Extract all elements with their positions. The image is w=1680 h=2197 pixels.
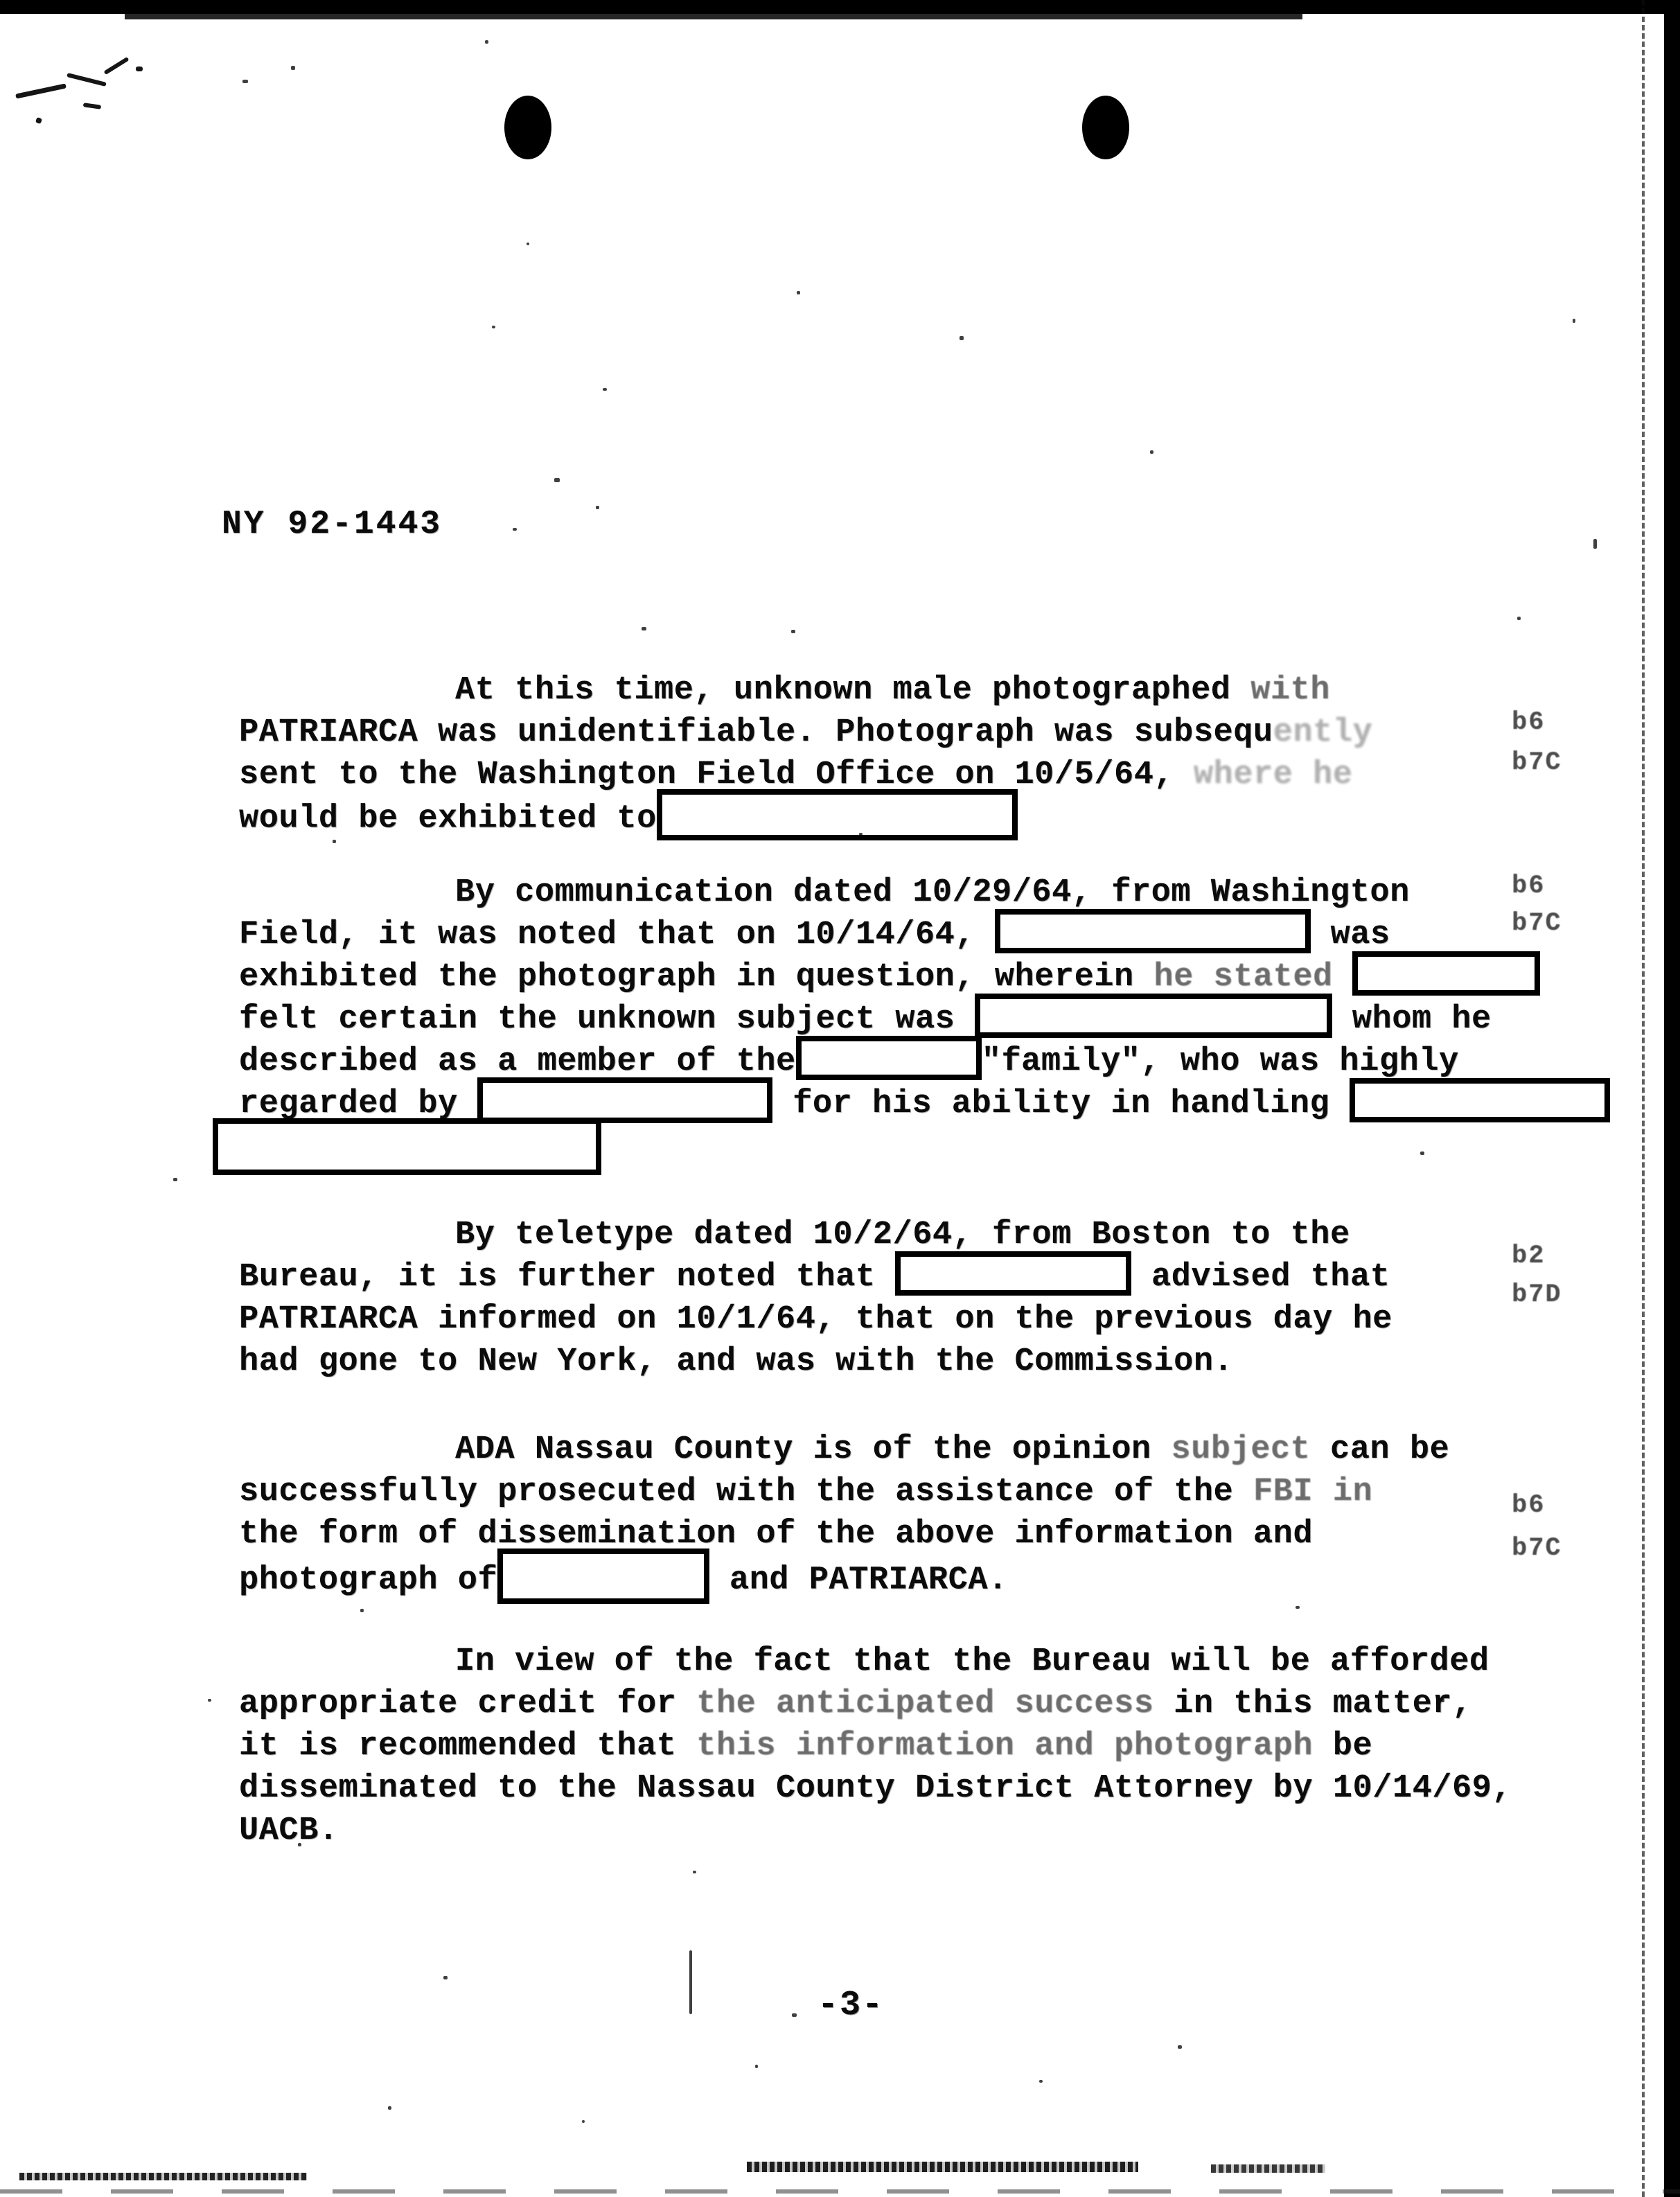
exemption-code-b7C: b7C <box>1512 748 1562 777</box>
text-segment: ently <box>1273 714 1373 751</box>
scan-smudge-strip <box>1211 2164 1325 2173</box>
text-segment: was <box>1311 917 1390 953</box>
exemption-code-b7D: b7D <box>1512 1280 1562 1309</box>
text-segment: exhibited the photograph in question, wh… <box>239 959 1153 996</box>
paragraph-4: ADA Nassau County is of the opinion subj… <box>239 1429 1652 1598</box>
text-line: appropriate credit for the anticipated s… <box>239 1683 1652 1725</box>
noise-speck <box>298 1843 301 1846</box>
text-segment: had gone to New York, and was with the C… <box>239 1343 1233 1380</box>
noise-speck <box>960 336 964 340</box>
text-segment: appropriate credit for <box>239 1686 696 1722</box>
text-segment: described as a member of the <box>239 1043 796 1080</box>
text-segment: Bureau, it is further noted that <box>239 1259 895 1296</box>
text-line: felt certain the unknown subject was who… <box>239 998 1652 1041</box>
text-segment: the anticipated success <box>696 1686 1153 1722</box>
scan-edge-top-bar-secondary <box>125 14 1302 19</box>
text-segment: advised that <box>1131 1259 1390 1296</box>
redaction-box <box>975 994 1332 1038</box>
noise-speck <box>792 2013 797 2017</box>
noise-speck <box>333 840 336 843</box>
text-line: had gone to New York, and was with the C… <box>239 1341 1652 1383</box>
text-line: exhibited the photograph in question, wh… <box>239 956 1652 998</box>
text-segment: the form of dissemination of the above i… <box>239 1516 1313 1553</box>
text-segment: this information and photograph <box>696 1728 1313 1765</box>
page-number: -3- <box>817 1986 884 2025</box>
text-segment: subject <box>1171 1431 1310 1468</box>
pencil-scribble-stroke <box>83 103 102 109</box>
noise-speck <box>492 326 495 328</box>
text-line: PATRIARCA informed on 10/1/64, that on t… <box>239 1298 1652 1341</box>
redaction-box <box>477 1077 772 1123</box>
hole-punch-right <box>1082 96 1129 159</box>
text-segment: PATRIARCA informed on 10/1/64, that on t… <box>239 1301 1392 1338</box>
case-number: NY 92-1443 <box>222 506 442 543</box>
noise-speck <box>1150 450 1153 454</box>
exemption-code-b7C: b7C <box>1512 1534 1562 1563</box>
text-segment: FBI in <box>1253 1474 1372 1510</box>
paragraph-5: In view of the fact that the Bureau will… <box>239 1641 1652 1852</box>
text-line: Bureau, it is further noted that advised… <box>239 1256 1652 1298</box>
text-line: By communication dated 10/29/64, from Wa… <box>239 872 1652 914</box>
text-segment: "family", who was highly <box>982 1043 1459 1080</box>
text-segment: it is recommended that <box>239 1728 696 1765</box>
text-segment: would be exhibited to <box>239 800 657 837</box>
text-segment: disseminated to the Nassau County Distri… <box>239 1770 1512 1807</box>
exemption-code-b6: b6 <box>1512 708 1545 737</box>
scan-edge-right-bar <box>1664 0 1680 2197</box>
text-segment: Field, it was noted that on 10/14/64, <box>239 917 995 953</box>
redaction-box <box>657 789 1018 840</box>
text-line: successfully prosecuted with the assista… <box>239 1471 1652 1513</box>
text-segment: By teletype dated 10/2/64, from Boston t… <box>455 1217 1350 1253</box>
exemption-code-b7C: b7C <box>1512 909 1562 938</box>
exemption-code-b6: b6 <box>1512 872 1545 901</box>
scan-smudge-strip <box>747 2162 1138 2172</box>
text-segment: felt certain the unknown subject was <box>239 1001 975 1038</box>
text-segment: UACB. <box>239 1812 339 1849</box>
noise-speck <box>1296 1606 1300 1609</box>
pencil-scribble-stroke <box>15 83 67 98</box>
text-line: Field, it was noted that on 10/14/64, wa… <box>239 914 1652 956</box>
noise-speck <box>1178 2045 1182 2049</box>
noise-speck <box>360 1609 364 1612</box>
noise-speck <box>513 528 517 531</box>
text-line: would be exhibited to <box>239 796 1652 838</box>
redaction-box <box>895 1251 1131 1296</box>
noise-speck <box>443 1976 448 1979</box>
noise-speck <box>603 388 607 391</box>
redaction-box <box>213 1118 601 1175</box>
text-segment: successfully prosecuted with the assista… <box>239 1474 1253 1510</box>
noise-speck <box>1441 1699 1444 1702</box>
noise-speck <box>485 40 488 44</box>
text-segment: PATRIARCA was unidentifiable. Photograph… <box>239 714 1273 751</box>
text-line: described as a member of the"family", wh… <box>239 1041 1652 1083</box>
text-line <box>239 1125 1652 1167</box>
redaction-box <box>497 1549 709 1604</box>
text-line: disseminated to the Nassau County Distri… <box>239 1767 1652 1810</box>
noise-speck <box>859 833 863 836</box>
text-line: By teletype dated 10/2/64, from Boston t… <box>239 1214 1652 1256</box>
redaction-box <box>995 909 1311 953</box>
text-segment: with <box>1250 672 1330 709</box>
noise-speck <box>596 506 599 509</box>
pencil-scribble-dot <box>35 117 42 124</box>
noise-speck <box>797 291 800 294</box>
noise-speck <box>1420 1152 1424 1155</box>
text-line: UACB. <box>239 1810 1652 1852</box>
noise-speck <box>693 1871 696 1873</box>
noise-speck <box>291 66 295 70</box>
noise-speck <box>554 478 560 482</box>
noise-speck <box>642 627 646 630</box>
noise-speck <box>173 1178 177 1181</box>
noise-speck <box>582 2120 585 2123</box>
exemption-code-b6: b6 <box>1512 1491 1545 1520</box>
text-segment: and PATRIARCA. <box>709 1562 1008 1598</box>
exemption-code-b2: b2 <box>1512 1242 1545 1271</box>
paragraph-2: By communication dated 10/29/64, from Wa… <box>239 872 1652 1167</box>
paragraph-3: By teletype dated 10/2/64, from Boston t… <box>239 1214 1652 1383</box>
noise-speck <box>388 2106 391 2110</box>
text-segment: be <box>1313 1728 1372 1765</box>
noise-speck <box>1573 319 1575 323</box>
noise-speck <box>1517 617 1521 620</box>
text-line: PATRIARCA was unidentifiable. Photograph… <box>239 712 1652 754</box>
paragraph-1: At this time, unknown male photographed … <box>239 669 1652 838</box>
text-line: ADA Nassau County is of the opinion subj… <box>239 1429 1652 1471</box>
scan-edge-top-bar <box>0 0 1680 14</box>
noise-speck <box>755 2065 758 2068</box>
noise-speck <box>242 80 248 83</box>
text-segment: whom he <box>1332 1001 1492 1038</box>
text-segment <box>1333 959 1353 996</box>
scanned-document-page: NY 92-1443 At this time, unknown male ph… <box>0 0 1680 2197</box>
text-line: At this time, unknown male photographed … <box>239 669 1652 712</box>
redaction-box <box>1350 1078 1610 1122</box>
noise-speck <box>791 630 795 633</box>
text-segment: in this matter, <box>1153 1686 1471 1722</box>
pencil-scribble-stroke <box>103 57 129 75</box>
hole-punch-left <box>504 96 551 159</box>
scan-smudge-strip <box>19 2173 307 2180</box>
text-segment: he stated <box>1153 959 1332 996</box>
redaction-box <box>1352 951 1540 996</box>
pencil-scribble-stroke <box>67 73 107 87</box>
text-segment: where he <box>1194 757 1353 793</box>
text-segment: regarded by <box>239 1086 477 1122</box>
text-line: In view of the fact that the Bureau will… <box>239 1641 1652 1683</box>
redaction-box <box>796 1036 982 1080</box>
text-segment: for his ability in handling <box>772 1086 1349 1122</box>
noise-speck <box>527 242 529 245</box>
text-segment: photograph of <box>239 1562 497 1598</box>
text-segment: sent to the Washington Field Office on 1… <box>239 757 1194 793</box>
noise-speck <box>1039 2080 1043 2083</box>
noise-speck <box>208 1699 211 1702</box>
text-segment: By communication dated 10/29/64, from Wa… <box>455 874 1410 911</box>
text-line: the form of dissemination of the above i… <box>239 1513 1652 1555</box>
scan-smudge-strip <box>0 2189 1680 2194</box>
noise-speck <box>689 1950 692 2014</box>
text-segment: ADA Nassau County is of the opinion <box>455 1431 1171 1468</box>
text-segment: At this time, unknown male photographed <box>455 672 1250 709</box>
noise-speck <box>1593 539 1597 549</box>
pencil-scribble-dot <box>136 67 143 71</box>
text-segment: In view of the fact that the Bureau will… <box>455 1643 1489 1680</box>
text-line: it is recommended that this information … <box>239 1725 1652 1767</box>
text-segment: can be <box>1310 1431 1449 1468</box>
text-line: photograph of and PATRIARCA. <box>239 1555 1652 1598</box>
